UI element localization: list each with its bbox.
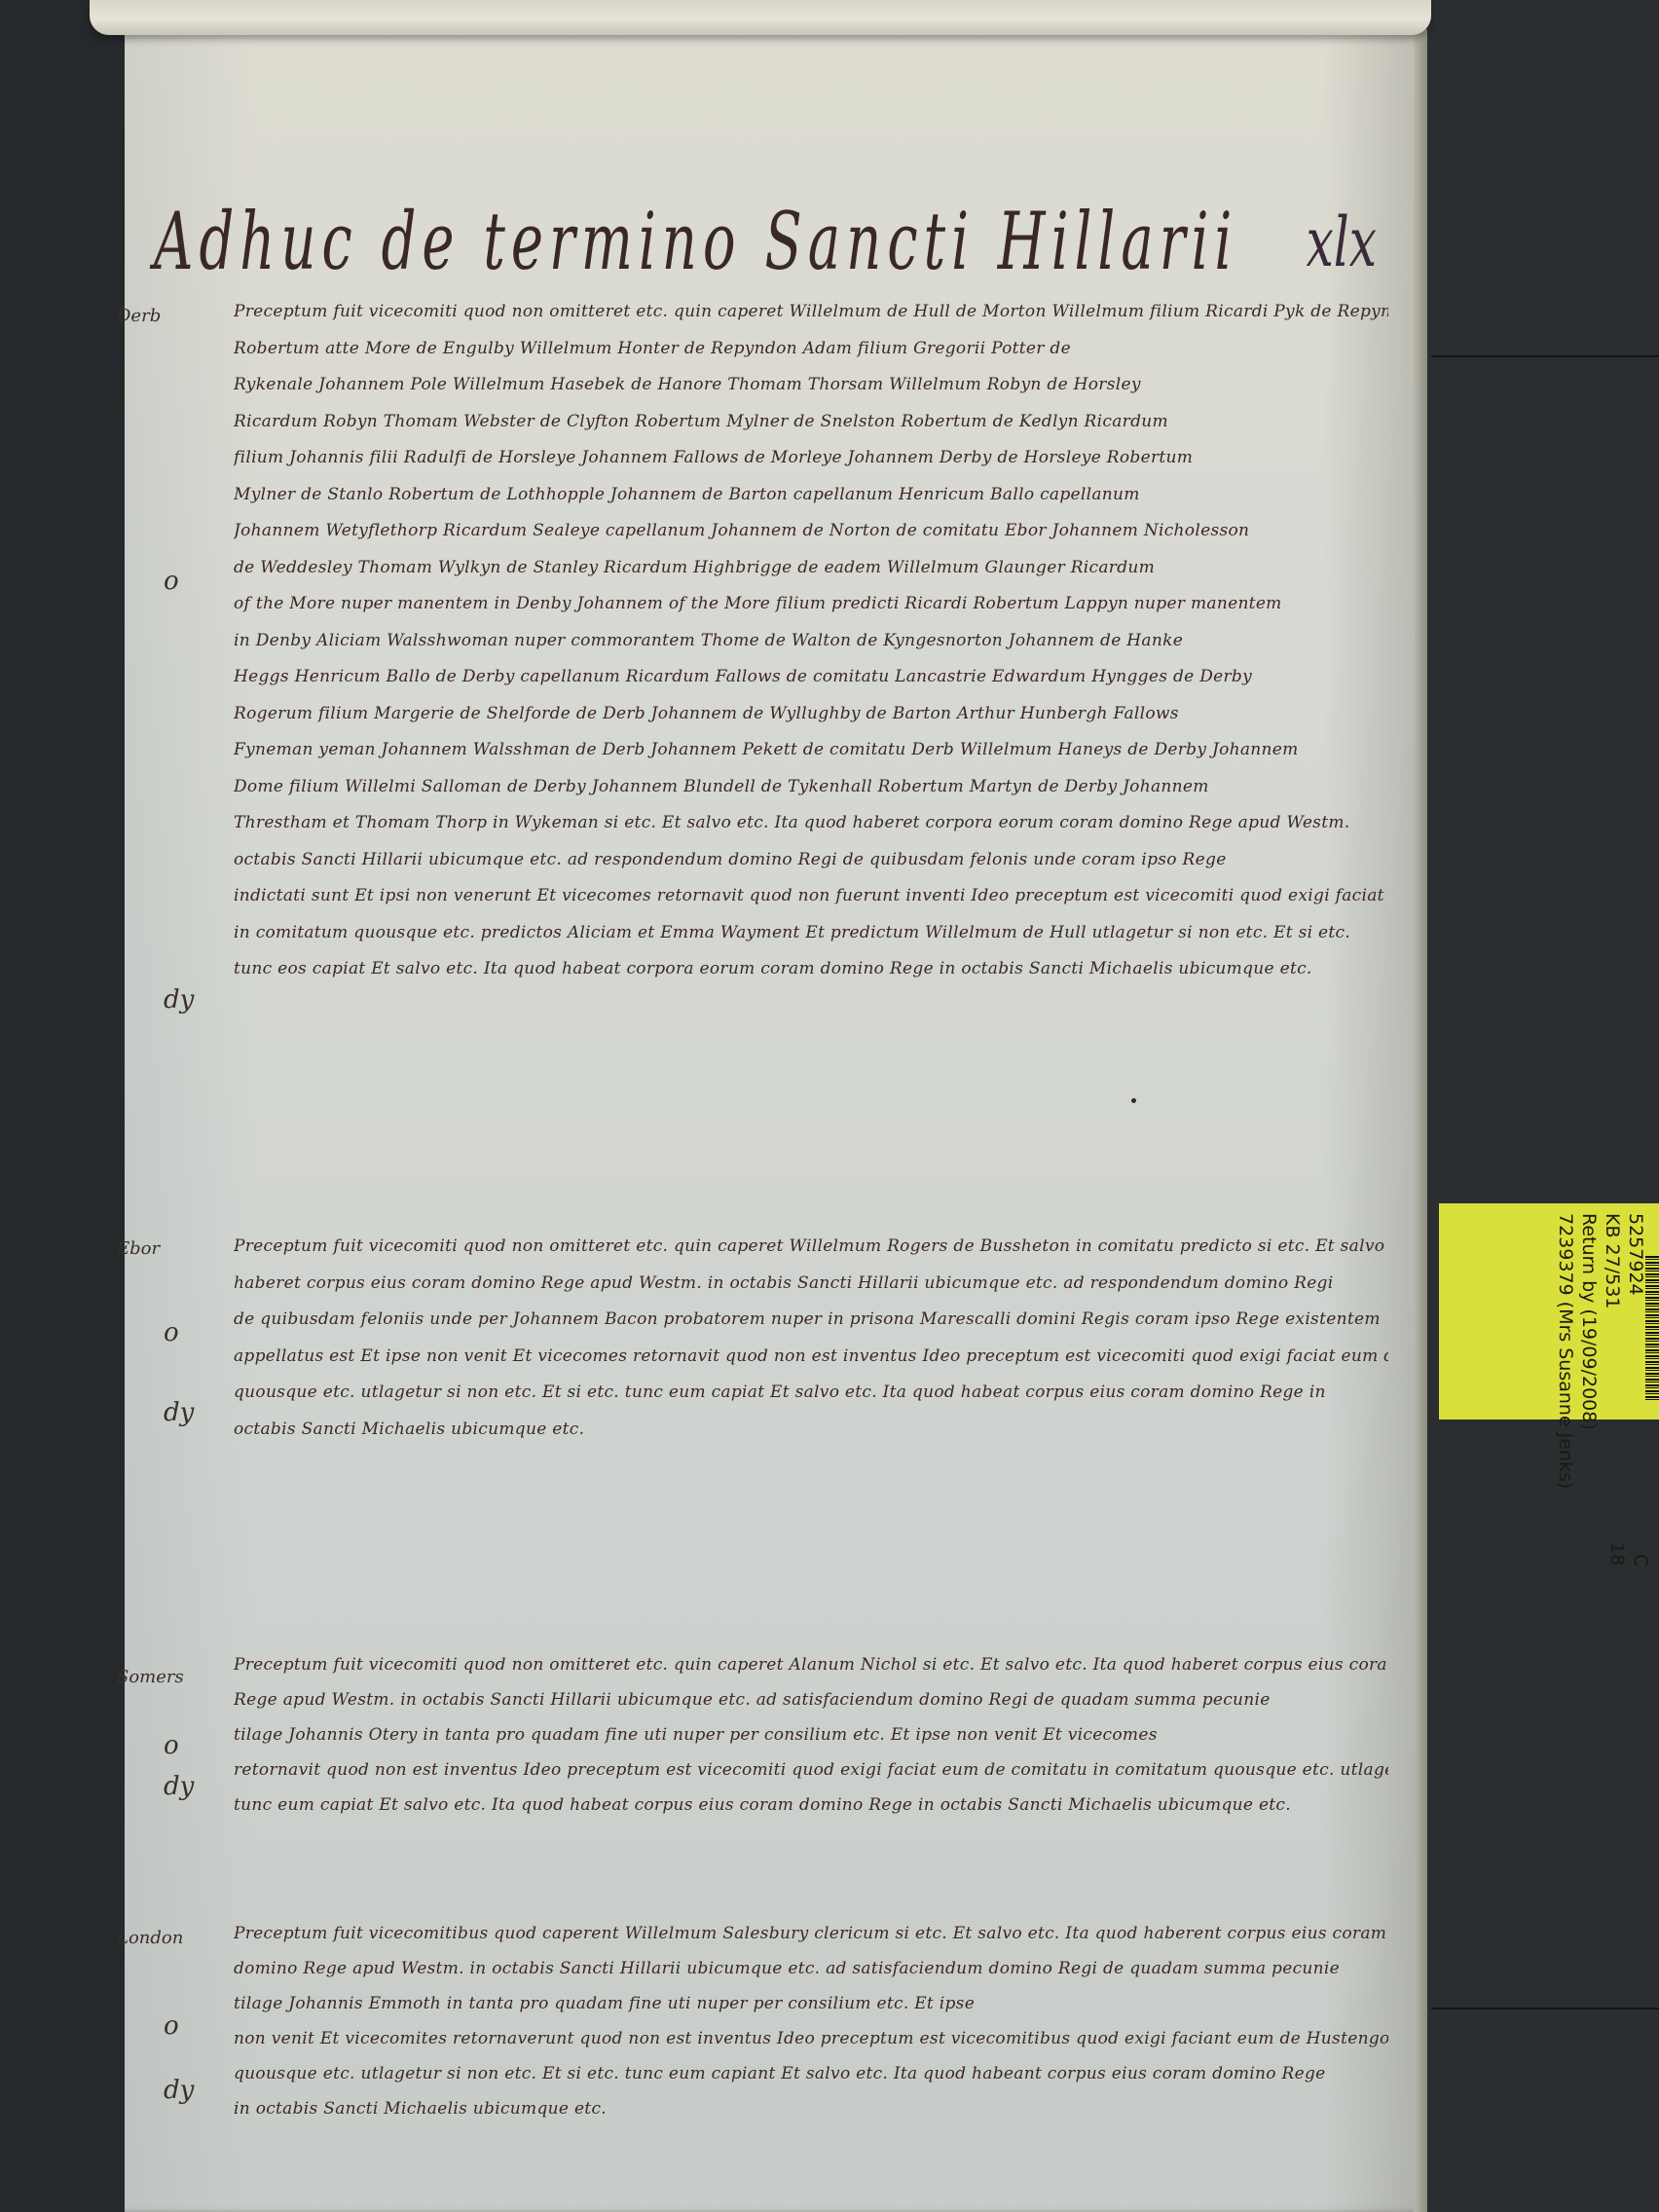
backdrop-seam (1431, 2008, 1659, 2009)
text-line: tilage Johannis Emmoth in tanta pro quad… (234, 1986, 1388, 2021)
rolled-parchment-top (90, 0, 1431, 35)
text-line: octabis Sancti Hillarii ubicumque etc. a… (234, 842, 1388, 879)
parchment-edge (1414, 29, 1427, 2212)
text-line: quousque etc. utlagetur si non etc. Et s… (234, 1375, 1388, 1412)
text-line: Preceptum fuit vicecomiti quod non omitt… (234, 294, 1388, 331)
text-line: haberet corpus eius coram domino Rege ap… (234, 1266, 1388, 1303)
archive-request-slip: 5257924 KB 27/531 Return by (19/09/2008)… (1439, 1203, 1659, 1419)
text-line: filium Johannis filii Radulfi de Horsley… (234, 440, 1388, 477)
text-line: Preceptum fuit vicecomiti quod non omitt… (234, 1647, 1388, 1682)
county-marginal-label: Somers (117, 1667, 184, 1687)
barcode (1645, 1256, 1659, 1402)
text-line: tilage Johannis Otery in tanta pro quada… (234, 1717, 1388, 1752)
text-line: in comitatum quousque etc. predictos Ali… (234, 915, 1388, 952)
text-line: appellatus est Et ipse non venit Et vice… (234, 1339, 1388, 1376)
text-line: in Denby Aliciam Walsshwoman nuper commo… (234, 623, 1388, 660)
backdrop-seam (1431, 355, 1659, 357)
text-line: Rykenale Johannem Pole Willelmum Hasebek… (234, 367, 1388, 404)
text-line: octabis Sancti Michaelis ubicumque etc. (234, 1412, 1388, 1449)
dark-backdrop (1421, 0, 1659, 2212)
slip-reader-ticket: 7239379 (Mrs Susanne Jenks) (1554, 1213, 1577, 1429)
entry-text: Preceptum fuit vicecomitibus quod capere… (234, 1916, 1388, 2126)
slip-return-date: Return by (19/09/2008) (1577, 1213, 1601, 1429)
membrane-number: xlx (1307, 203, 1377, 281)
entry-text: Preceptum fuit vicecomiti quod non omitt… (234, 294, 1388, 988)
text-line: of the More nuper manentem in Denby Joha… (234, 586, 1388, 623)
ink-dot (1131, 1098, 1136, 1103)
county-marginal-label: Derb (117, 306, 161, 326)
text-line: indictati sunt Et ipsi non venerunt Et v… (234, 878, 1388, 915)
text-line: domino Rege apud Westm. in octabis Sanct… (234, 1951, 1388, 1986)
slip-document-reference: KB 27/531 (1601, 1213, 1624, 1429)
outlawry-mark: dy (164, 1398, 194, 1427)
text-line: Dome filium Willelmi Salloman de Derby J… (234, 769, 1388, 806)
text-line: Preceptum fuit vicecomiti quod non omitt… (234, 1229, 1388, 1266)
text-line: quousque etc. utlagetur si non etc. Et s… (234, 2056, 1388, 2091)
outlawry-mark: dy (164, 985, 194, 1014)
text-line: Ricardum Robyn Thomam Webster de Clyfton… (234, 404, 1388, 441)
text-line: tunc eos capiat Et salvo etc. Ita quod h… (234, 951, 1388, 988)
text-line: de Weddesley Thomam Wylkyn de Stanley Ri… (234, 550, 1388, 587)
exigent-mark: o (164, 567, 179, 596)
exigent-mark: o (164, 2011, 179, 2041)
slip-corner-letter: C (1630, 1554, 1651, 1567)
text-line: Threstham et Thomam Thorp in Wykeman si … (234, 805, 1388, 842)
text-line: Robertum atte More de Engulby Willelmum … (234, 331, 1388, 368)
entry-text: Preceptum fuit vicecomiti quod non omitt… (234, 1647, 1388, 1823)
text-line: Rogerum filium Margerie de Shelforde de … (234, 696, 1388, 733)
exigent-mark: o (164, 1731, 179, 1760)
text-line: de quibusdam feloniis unde per Johannem … (234, 1302, 1388, 1339)
text-line: Johannem Wetyflethorp Ricardum Sealeye c… (234, 513, 1388, 550)
county-marginal-label: Ebor (117, 1238, 160, 1259)
entry-text: Preceptum fuit vicecomiti quod non omitt… (234, 1229, 1388, 1448)
outlawry-mark: dy (164, 2076, 194, 2105)
text-line: Preceptum fuit vicecomitibus quod capere… (234, 1916, 1388, 1951)
text-line: Heggs Henricum Ballo de Derby capellanum… (234, 659, 1388, 696)
rotulus-heading: Adhuc de termino Sancti Hillarii (154, 197, 1237, 288)
slip-text-block: 5257924 KB 27/531 Return by (19/09/2008)… (1453, 1213, 1647, 1429)
exigent-mark: o (164, 1318, 179, 1347)
text-line: retornavit quod non est inventus Ideo pr… (234, 1752, 1388, 1788)
text-line: in octabis Sancti Michaelis ubicumque et… (234, 2091, 1388, 2126)
text-line: tunc eum capiat Et salvo etc. Ita quod h… (234, 1788, 1388, 1823)
county-marginal-label: London (117, 1928, 183, 1948)
text-line: Rege apud Westm. in octabis Sancti Hilla… (234, 1682, 1388, 1717)
text-line: Fyneman yeman Johannem Walsshman de Derb… (234, 732, 1388, 769)
slip-corner-number: 18 (1606, 1542, 1628, 1566)
text-line: Mylner de Stanlo Robertum de Lothhopple … (234, 477, 1388, 514)
text-line: non venit Et vicecomites retornaverunt q… (234, 2021, 1388, 2056)
outlawry-mark: dy (164, 1772, 194, 1801)
slip-content: 5257924 KB 27/531 Return by (19/09/2008)… (1439, 1203, 1659, 1419)
parchment-roll: Adhuc de termino Sancti Hillarii xlx Der… (125, 29, 1427, 2212)
slip-item-number: 5257924 (1624, 1213, 1647, 1429)
